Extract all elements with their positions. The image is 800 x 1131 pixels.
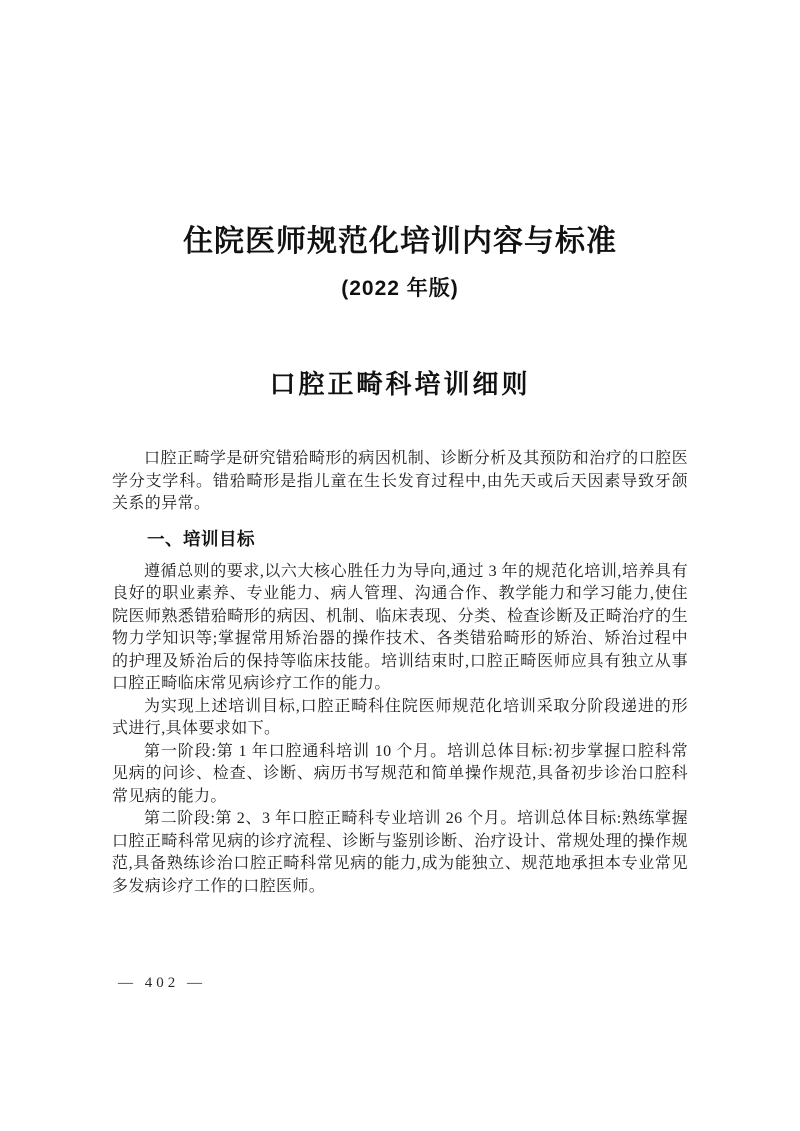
page-number: — 402 — xyxy=(118,974,206,992)
body-paragraph: 为实现上述培训目标,口腔正畸科住院医师规范化培训采取分阶段递进的形式进行,具体要… xyxy=(112,696,688,741)
intro-paragraph: 口腔正畸学是研究错𬌗畸形的病因机制、诊断分析及其预防和治疗的口腔医学分支学科。错… xyxy=(112,448,688,516)
document-page: 住院医师规范化培训内容与标准 (2022 年版) 口腔正畸科培训细则 口腔正畸学… xyxy=(0,0,800,1131)
body-paragraph: 第二阶段:第 2、3 年口腔正畸科专业培训 26 个月。培训总体目标:熟练掌握口… xyxy=(112,808,688,898)
body-paragraph: 第一阶段:第 1 年口腔通科培训 10 个月。培训总体目标:初步掌握口腔科常见病… xyxy=(112,741,688,809)
section-heading-training-goals: 一、培训目标 xyxy=(112,527,688,551)
book-title-edition: (2022 年版) xyxy=(0,276,800,302)
chapter-title: 口腔正畸科培训细则 xyxy=(0,368,800,400)
book-title: 住院医师规范化培训内容与标准 xyxy=(0,0,800,260)
page-body: 口腔正畸学是研究错𬌗畸形的病因机制、诊断分析及其预防和治疗的口腔医学分支学科。错… xyxy=(112,448,688,898)
body-paragraph: 遵循总则的要求,以六大核心胜任力为导向,通过 3 年的规范化培训,培养具有良好的… xyxy=(112,561,688,696)
